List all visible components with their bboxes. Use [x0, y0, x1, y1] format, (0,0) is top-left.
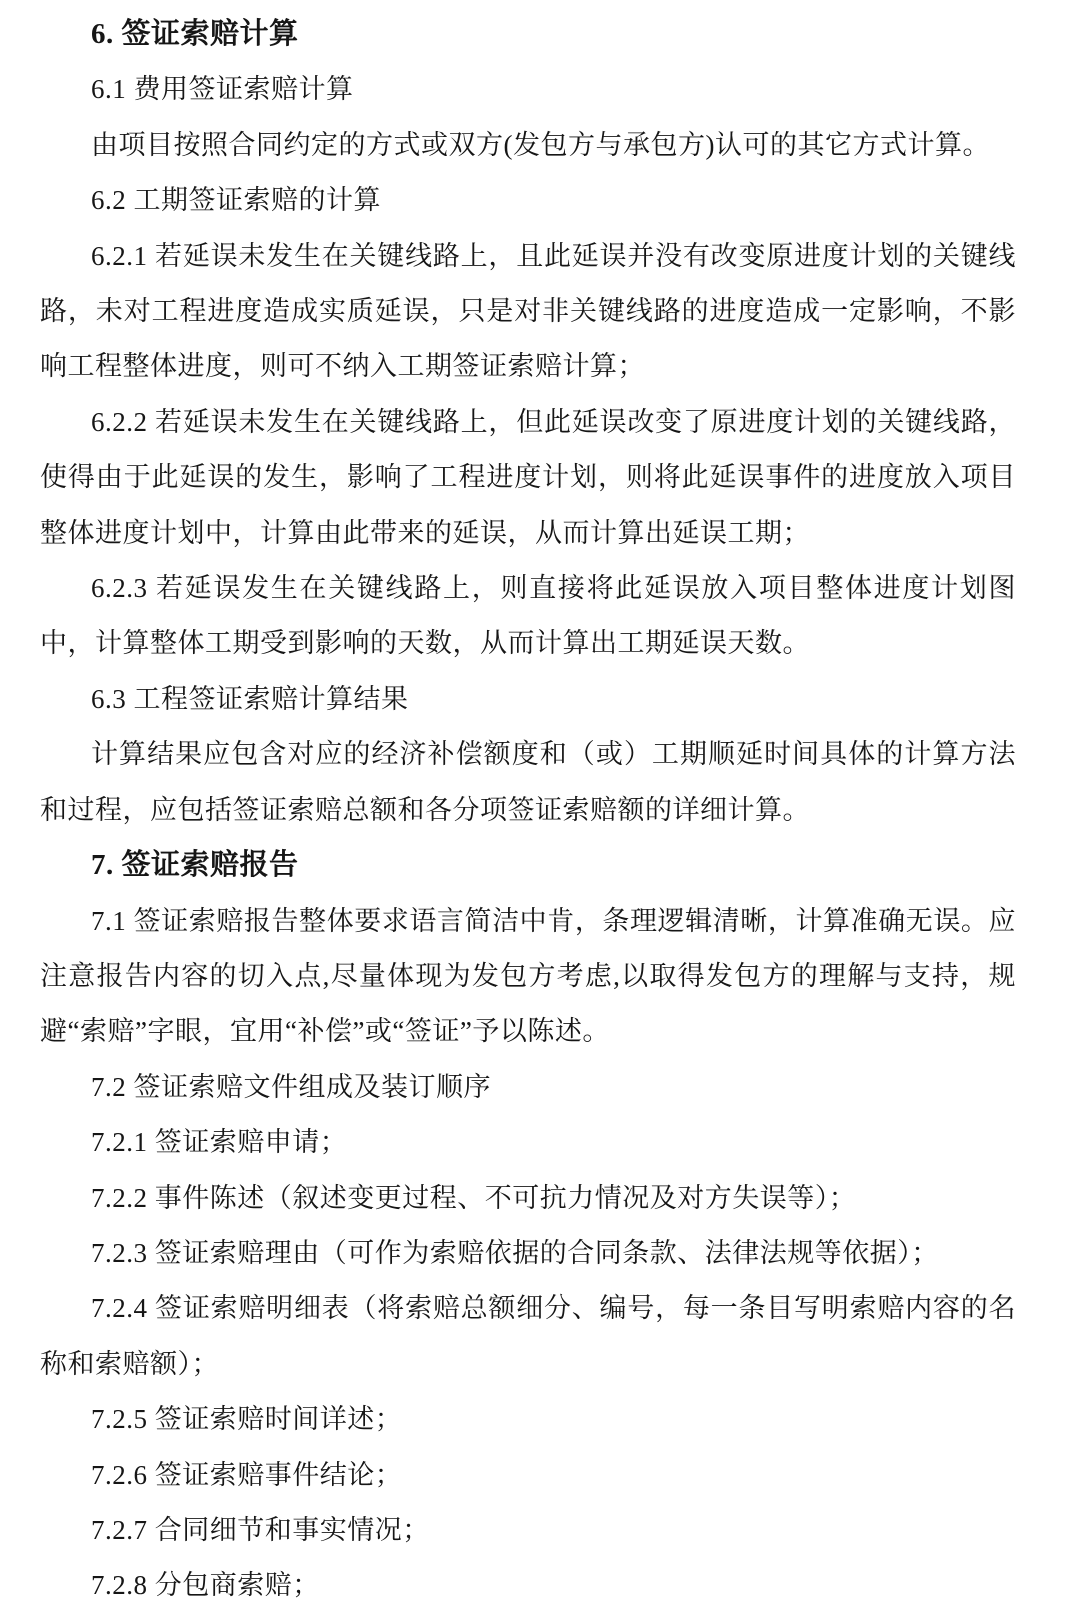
- paragraph-7-2-4: 7.2.4 签证索赔明细表（将索赔总额细分、编号，每一条目写明索赔内容的名称和索…: [40, 1281, 1016, 1392]
- document-page: 6. 签证索赔计算 6.1 费用签证索赔计算 由项目按照合同约定的方式或双方(发…: [0, 0, 1092, 1608]
- paragraph-7-2-1: 7.2.1 签证索赔申请；: [40, 1115, 1016, 1170]
- paragraph-7-2-3: 7.2.3 签证索赔理由（可作为索赔依据的合同条款、法律法规等依据）；: [40, 1226, 1016, 1281]
- paragraph-6-1-body: 由项目按照合同约定的方式或双方(发包方与承包方)认可的其它方式计算。: [40, 118, 1016, 173]
- paragraph-6-2: 6.2 工期签证索赔的计算: [40, 173, 1016, 228]
- section-heading-7: 7. 签证索赔报告: [40, 838, 1016, 893]
- paragraph-7-2-8: 7.2.8 分包商索赔；: [40, 1558, 1016, 1608]
- paragraph-7-2-2: 7.2.2 事件陈述（叙述变更过程、不可抗力情况及对方失误等）；: [40, 1171, 1016, 1226]
- paragraph-6-3: 6.3 工程签证索赔计算结果: [40, 672, 1016, 727]
- section-heading-6: 6. 签证索赔计算: [40, 7, 1016, 62]
- paragraph-7-1: 7.1 签证索赔报告整体要求语言简洁中肯，条理逻辑清晰，计算准确无误。应注意报告…: [40, 894, 1016, 1060]
- paragraph-6-3-body: 计算结果应包含对应的经济补偿额度和（或）工期顺延时间具体的计算方法和过程，应包括…: [40, 727, 1016, 838]
- document-content: 6. 签证索赔计算 6.1 费用签证索赔计算 由项目按照合同约定的方式或双方(发…: [0, 0, 1092, 1608]
- paragraph-6-1: 6.1 费用签证索赔计算: [40, 62, 1016, 117]
- paragraph-6-2-1: 6.2.1 若延误未发生在关键线路上，且此延误并没有改变原进度计划的关键线路，未…: [40, 229, 1016, 395]
- paragraph-7-2-6: 7.2.6 签证索赔事件结论；: [40, 1448, 1016, 1503]
- paragraph-6-2-2: 6.2.2 若延误未发生在关键线路上，但此延误改变了原进度计划的关键线路，使得由…: [40, 395, 1016, 561]
- paragraph-7-2-5: 7.2.5 签证索赔时间详述；: [40, 1392, 1016, 1447]
- paragraph-7-2: 7.2 签证索赔文件组成及装订顺序: [40, 1060, 1016, 1115]
- paragraph-7-2-7: 7.2.7 合同细节和事实情况；: [40, 1503, 1016, 1558]
- paragraph-6-2-3: 6.2.3 若延误发生在关键线路上，则直接将此延误放入项目整体进度计划图中，计算…: [40, 561, 1016, 672]
